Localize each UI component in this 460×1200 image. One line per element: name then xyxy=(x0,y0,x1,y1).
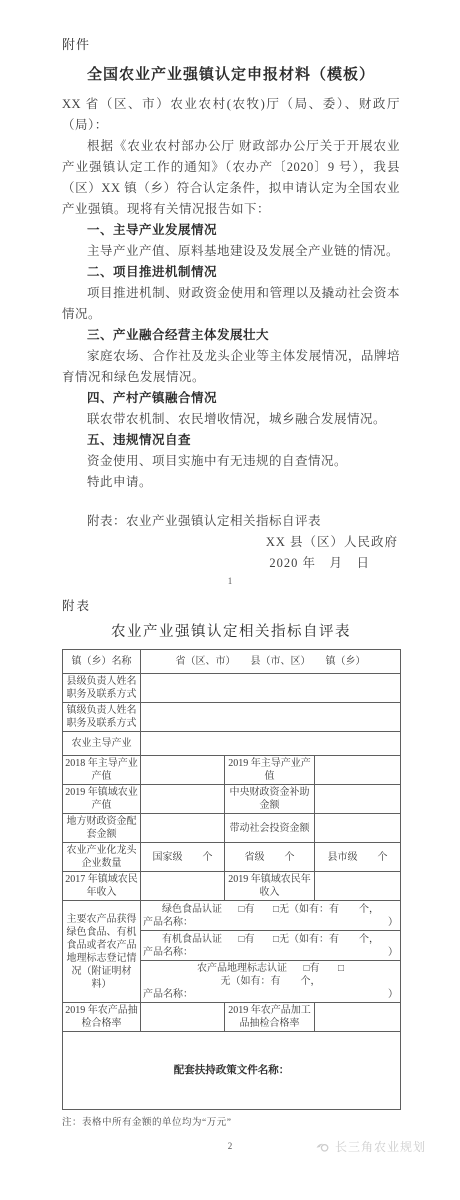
county-contact-label: 县级负责人姓名职务及联系方式 xyxy=(63,674,141,703)
organic-cert-yes-checkbox: □有 xyxy=(238,933,254,946)
section-1-heading: 一、主导产业发展情况 xyxy=(62,220,400,241)
section-3-body: 家庭农场、合作社及龙头企业等主体发展情况，品牌培育情况和绿色发展情况。 xyxy=(62,346,400,388)
town-output-2019-label: 2019 年镇域农业产值 xyxy=(63,785,141,814)
output-2019-label: 2019 年主导产业产值 xyxy=(225,756,315,785)
geo-cert-no-continuation: 无（如有：有 个， xyxy=(143,975,398,988)
town-contact-value xyxy=(141,703,401,732)
section-5-heading: 五、违规情况自查 xyxy=(62,430,400,451)
table-row: 农业主导产业 xyxy=(63,732,401,756)
page-2: 附表 农业产业强镇认定相关指标自评表 镇（乡）名称 省（区、市） 县（市、区） … xyxy=(62,596,400,1128)
organic-food-cert-cell: 有机食品认证 □有 □无（如有：有 个， 产品名称： ） xyxy=(141,931,401,961)
green-cert-product-name-label: 产品名称： xyxy=(143,916,193,929)
income-2017-label: 2017 年镇域农民年收入 xyxy=(63,872,141,901)
green-cert-close-paren: ） xyxy=(388,916,398,929)
geo-cert-product-name-label: 产品名称： xyxy=(143,988,193,1001)
annex-reference-line: 附表：农业产业强镇认定相关指标自评表 xyxy=(62,511,400,532)
table-row: 农业产业化龙头企业数量 国家级 个 省级 个 县市级 个 xyxy=(63,843,401,872)
page-number-1: 1 xyxy=(0,576,460,586)
local-matching-value xyxy=(141,814,225,843)
date-line: 2020 年 月 日 xyxy=(62,553,400,574)
table-title: 农业产业强镇认定相关指标自评表 xyxy=(62,620,400,641)
local-matching-label: 地方财政资金配套金额 xyxy=(63,814,141,843)
table-row: 主要农产品获得绿色食品、有机食品或者农产品地理标志登记情况（附证明材料） 绿色食… xyxy=(63,901,401,931)
document-title: 全国农业产业强镇认定申报材料（模板） xyxy=(62,63,400,84)
income-2019-label: 2019 年镇域农民年收入 xyxy=(225,872,315,901)
output-2018-label: 2018 年主导产业产值 xyxy=(63,756,141,785)
green-cert-title: 绿色食品认证 xyxy=(162,903,222,916)
organic-cert-close-paren: ） xyxy=(388,946,398,959)
output-2018-value xyxy=(141,756,225,785)
green-cert-no-checkbox: □无（如有：有 个， xyxy=(273,903,379,916)
table-footnote: 注：表格中所有金额的单位均为“万元” xyxy=(62,1114,400,1128)
policy-documents-cell: 配套扶持政策文件名称： xyxy=(63,1032,401,1110)
income-2019-value xyxy=(315,872,401,901)
section-4-body: 联农带农机制、农民增收情况，城乡融合发展情况。 xyxy=(62,409,400,430)
town-output-2019-value xyxy=(141,785,225,814)
table-row: 镇级负责人姓名职务及联系方式 xyxy=(63,703,401,732)
town-contact-label: 镇级负责人姓名职务及联系方式 xyxy=(63,703,141,732)
organic-cert-no-checkbox: □无（如有：有 个， xyxy=(273,933,379,946)
green-food-cert-cell: 绿色食品认证 □有 □无（如有：有 个， 产品名称： ） xyxy=(141,901,401,931)
central-subsidy-label: 中央财政资金补助金额 xyxy=(225,785,315,814)
table-row: 县级负责人姓名职务及联系方式 xyxy=(63,674,401,703)
table-row: 2019 年农产品抽检合格率 2019 年农产品加工品抽检合格率 xyxy=(63,1003,401,1032)
geo-indication-cert-cell: 农产品地理标志认证 □有 □ 无（如有：有 个， 产品名称： ） xyxy=(141,961,401,1003)
section-2-body: 项目推进机制、财政资金使用和管理以及撬动社会资本情况。 xyxy=(62,283,400,325)
table-row: 镇（乡）名称 省（区、市） 县（市、区） 镇（乡） xyxy=(63,650,401,674)
geo-cert-title: 农产品地理标志认证 xyxy=(197,962,287,975)
self-evaluation-table: 镇（乡）名称 省（区、市） 县（市、区） 镇（乡） 县级负责人姓名职务及联系方式… xyxy=(62,649,401,1110)
sampling-processed-value xyxy=(315,1003,401,1032)
county-contact-value xyxy=(141,674,401,703)
organic-cert-title: 有机食品认证 xyxy=(162,933,222,946)
attachment-label: 附件 xyxy=(62,34,400,53)
section-4-heading: 四、产村产镇融合情况 xyxy=(62,388,400,409)
town-name-value: 省（区、市） 县（市、区） 镇（乡） xyxy=(141,650,401,674)
leading-industry-label: 农业主导产业 xyxy=(63,732,141,756)
intro-paragraph: 根据《农业农村部办公厅 财政部办公厅关于开展农业产业强镇认定工作的通知》（农办产… xyxy=(62,136,400,220)
sampling-product-value xyxy=(141,1003,225,1032)
geo-cert-no-checkbox: □ xyxy=(338,962,344,975)
dragon-head-provincial: 省级 个 xyxy=(225,843,315,872)
annex-table-label: 附表 xyxy=(62,596,400,614)
leading-industry-value xyxy=(141,732,401,756)
table-row: 2018 年主导产业产值 2019 年主导产业产值 xyxy=(63,756,401,785)
closing-line: 特此申请。 xyxy=(62,472,400,493)
table-row: 配套扶持政策文件名称： xyxy=(63,1032,401,1110)
dragon-head-label: 农业产业化龙头企业数量 xyxy=(63,843,141,872)
section-3-heading: 三、产业融合经营主体发展壮大 xyxy=(62,325,400,346)
salutation-line: XX 省（区、市）农业农村(农牧)厅（局、委）、财政厅（局）： xyxy=(62,94,400,136)
signature-line: XX 县（区）人民政府 xyxy=(62,532,400,553)
table-row: 地方财政资金配套金额 带动社会投资金额 xyxy=(63,814,401,843)
dragon-head-county: 县市级 个 xyxy=(315,843,401,872)
social-investment-label: 带动社会投资金额 xyxy=(225,814,315,843)
geo-cert-close-paren: ） xyxy=(388,988,398,1001)
sampling-product-label: 2019 年农产品抽检合格率 xyxy=(63,1003,141,1032)
central-subsidy-value xyxy=(315,785,401,814)
output-2019-value xyxy=(315,756,401,785)
table-row: 2019 年镇域农业产值 中央财政资金补助金额 xyxy=(63,785,401,814)
income-2017-value xyxy=(141,872,225,901)
certification-group-label: 主要农产品获得绿色食品、有机食品或者农产品地理标志登记情况（附证明材料） xyxy=(63,901,141,1003)
table-row: 2017 年镇域农民年收入 2019 年镇域农民年收入 xyxy=(63,872,401,901)
section-5-body: 资金使用、项目实施中有无违规的自查情况。 xyxy=(62,451,400,472)
organic-cert-product-name-label: 产品名称： xyxy=(143,946,193,959)
green-cert-yes-checkbox: □有 xyxy=(238,903,254,916)
page-1: 附件 全国农业产业强镇认定申报材料（模板） XX 省（区、市）农业农村(农牧)厅… xyxy=(62,34,400,574)
section-2-heading: 二、项目推进机制情况 xyxy=(62,262,400,283)
dragon-head-national: 国家级 个 xyxy=(141,843,225,872)
town-name-label: 镇（乡）名称 xyxy=(63,650,141,674)
social-investment-value xyxy=(315,814,401,843)
watermark: 长三角农业规划 xyxy=(315,1138,426,1155)
section-1-body: 主导产业产值、原料基地建设及发展全产业链的情况。 xyxy=(62,241,400,262)
geo-cert-yes-checkbox: □有 xyxy=(303,962,319,975)
watermark-text: 长三角农业规划 xyxy=(335,1138,426,1155)
sampling-processed-label: 2019 年农产品加工品抽检合格率 xyxy=(225,1003,315,1032)
watermark-logo-icon xyxy=(315,1140,331,1154)
